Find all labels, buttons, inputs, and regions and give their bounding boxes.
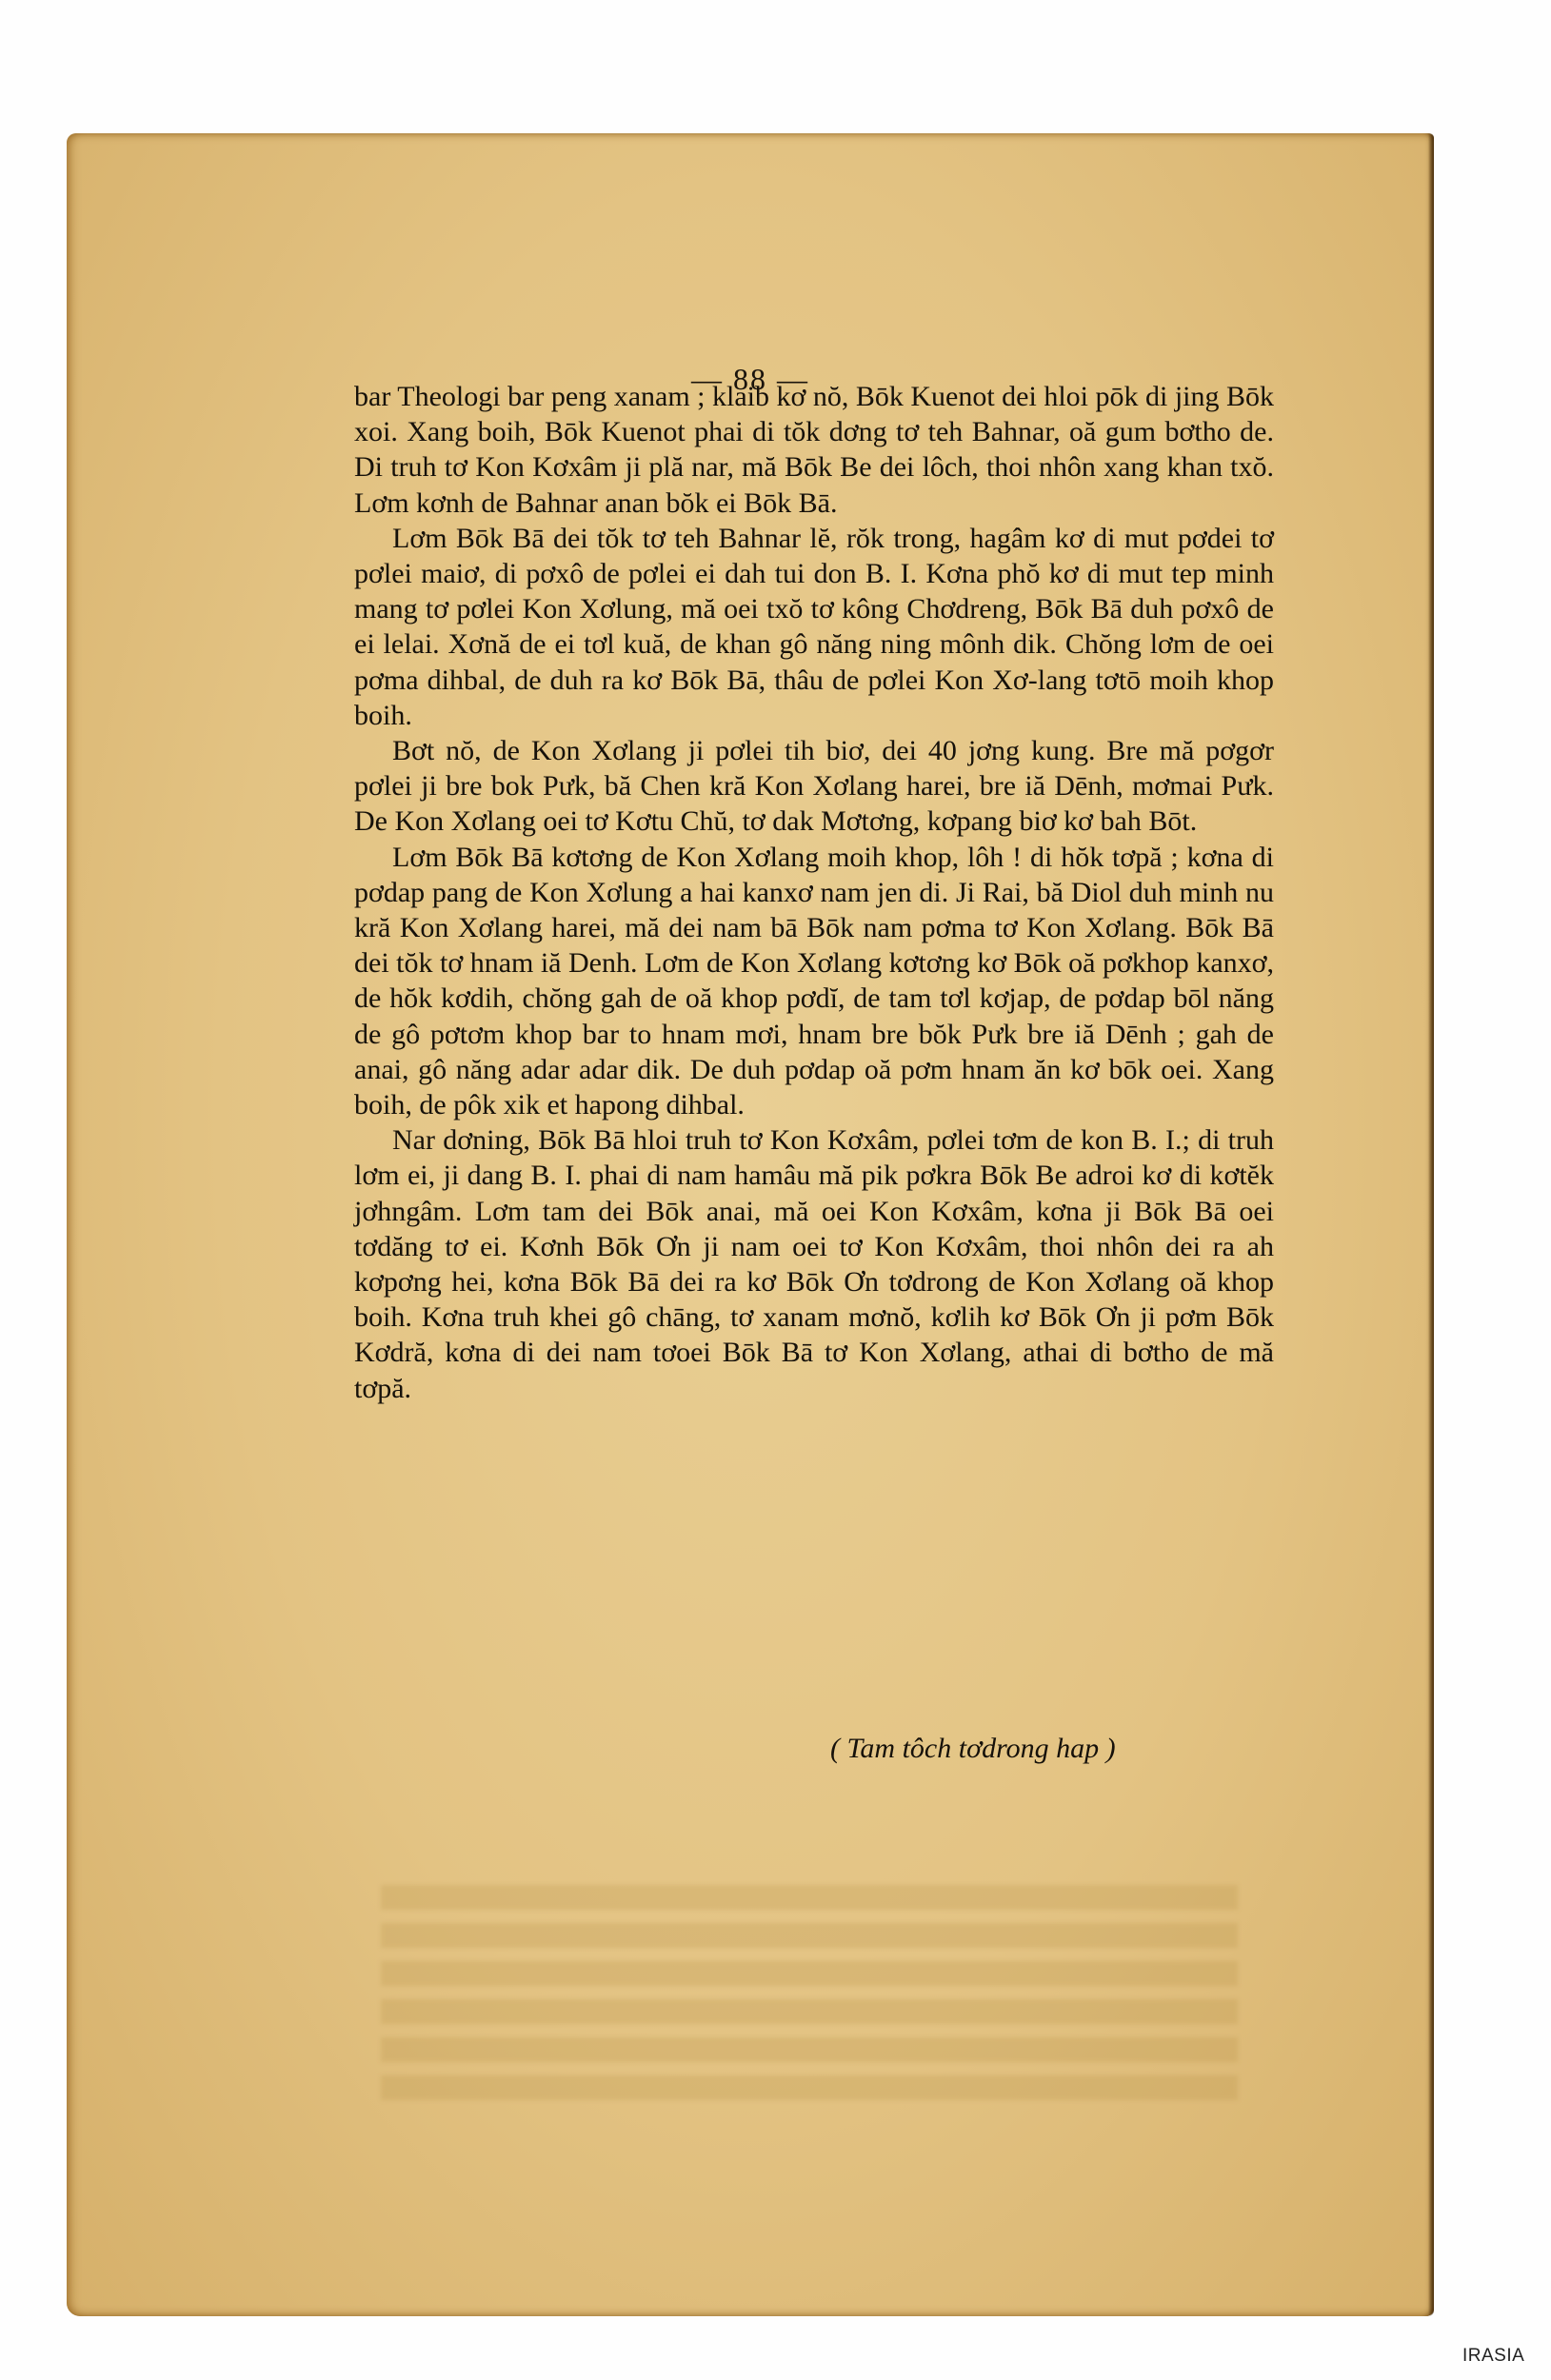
paragraph-5: Nar dơning, Bōk Bā hloi truh tơ Kon Kơxâ… xyxy=(354,1122,1274,1406)
paragraph-2: Lơm Bōk Bā dei tŏk tơ teh Bahnar lĕ, rŏk… xyxy=(354,521,1274,733)
watermark-label: IRASIA xyxy=(1462,2346,1524,2367)
paragraph-4: Lơm Bōk Bā kơtơng de Kon Xơlang moih kho… xyxy=(354,840,1274,1123)
show-through-text xyxy=(381,1885,1238,2113)
scanned-page: — 88 — bar Theologi bar peng xanam ; kla… xyxy=(67,133,1434,2316)
paragraph-3: Bơt nŏ, de Kon Xơlang ji pơlei tih biơ, … xyxy=(354,733,1274,840)
continued-note: ( Tam tôch tơdrong hap ) xyxy=(830,1733,1116,1765)
paragraph-1: bar Theologi bar peng xanam ; klaib kơ n… xyxy=(354,379,1274,521)
body-text: bar Theologi bar peng xanam ; klaib kơ n… xyxy=(354,379,1274,1406)
